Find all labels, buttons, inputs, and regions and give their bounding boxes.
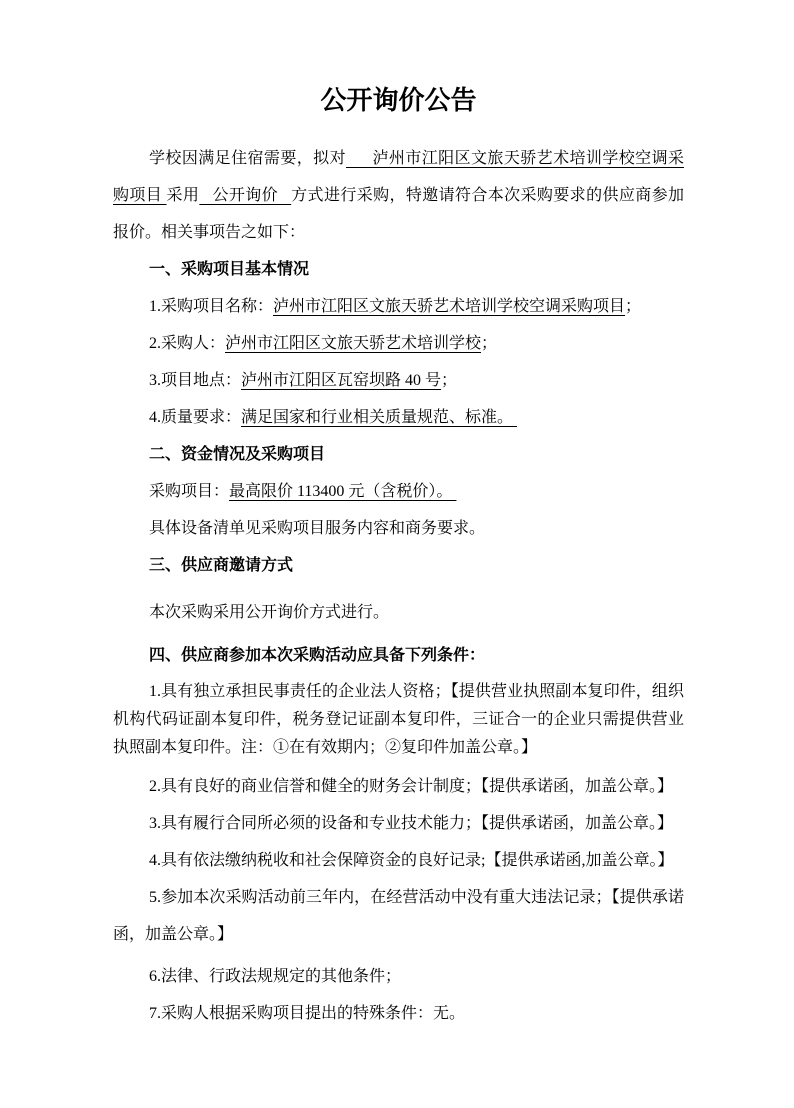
item-value-underlined: 最高限价 113400 元（含税价）。 (229, 483, 456, 500)
item-value-underlined: 满足国家和行业相关质量规范、标准。 (241, 409, 517, 426)
intro-text-lead: 学校因满足住宿需要，拟对 (149, 150, 346, 167)
item-tail: ； (441, 372, 457, 389)
section-4-item-1: 1.具有独立承担民事责任的企业法人资格；【提供营业执照副本复印件，组织机构代码证… (113, 678, 684, 762)
document-page: 公开询价公告 学校因满足住宿需要，拟对 泸州市江阳区文旅天骄艺术培训学校空调采购… (0, 0, 794, 1108)
section-2-heading: 二、资金情况及采购项目 (113, 436, 684, 473)
section-4-item-7: 7.采购人根据采购项目提出的特殊条件：无。 (113, 995, 684, 1032)
section-2-line-2: 具体设备清单见采购项目服务内容和商务要求。 (113, 510, 684, 547)
intro-text-mid: 采用 (167, 187, 200, 204)
item-label: 采购项目： (149, 483, 229, 500)
section-1-item-2: 2.采购人：泸州市江阳区文旅天骄艺术培训学校； (113, 325, 684, 362)
section-4-item-6: 6.法律、行政法规规定的其他条件； (113, 958, 684, 995)
section-1-item-1: 1.采购项目名称：泸州市江阳区文旅天骄艺术培训学校空调采购项目； (113, 288, 684, 325)
section-4-item-5: 5.参加本次采购活动前三年内，在经营活动中没有重大违法记录；【提供承诺函，加盖公… (113, 879, 684, 953)
item-tail: ； (481, 335, 497, 352)
section-1-item-3: 3.项目地点：泸州市江阳区瓦窑坝路 40 号； (113, 362, 684, 399)
item-label: 1.采购项目名称： (149, 298, 273, 315)
doc-title: 公开询价公告 (113, 84, 684, 116)
section-4-item-4: 4.具有依法缴纳税收和社会保障资金的良好记录;【提供承诺函,加盖公章。】 (113, 842, 684, 879)
item-value-underlined: 泸州市江阳区文旅天骄艺术培训学校空调采购项目 (273, 298, 625, 315)
section-4-item-2: 2.具有良好的商业信誉和健全的财务会计制度；【提供承诺函，加盖公章。】 (113, 768, 684, 805)
item-value-underlined: 泸州市江阳区瓦窑坝路 40 号 (241, 372, 441, 389)
section-3-heading: 三、供应商邀请方式 (113, 547, 684, 584)
section-1-item-4: 4.质量要求：满足国家和行业相关质量规范、标准。 (113, 399, 684, 436)
item-value-underlined: 泸州市江阳区文旅天骄艺术培训学校 (225, 335, 481, 352)
item-label: 2.采购人： (149, 335, 225, 352)
intro-method-underlined: 公开询价 (199, 187, 291, 204)
item-label: 4.质量要求： (149, 409, 241, 426)
section-2-line-1: 采购项目：最高限价 113400 元（含税价）。 (113, 473, 684, 510)
item-label: 3.项目地点： (149, 372, 241, 389)
intro-paragraph: 学校因满足住宿需要，拟对 泸州市江阳区文旅天骄艺术培训学校空调采购项目 采用 公… (113, 140, 684, 251)
section-1-heading: 一、采购项目基本情况 (113, 251, 684, 288)
section-4-heading: 四、供应商参加本次采购活动应具备下列条件： (113, 637, 684, 674)
section-4-item-3: 3.具有履行合同所必须的设备和专业技术能力；【提供承诺函，加盖公章。】 (113, 805, 684, 842)
intro-blank-underline (346, 150, 373, 167)
item-tail: ； (625, 298, 641, 315)
section-3-body: 本次采购采用公开询价方式进行。 (113, 594, 684, 631)
